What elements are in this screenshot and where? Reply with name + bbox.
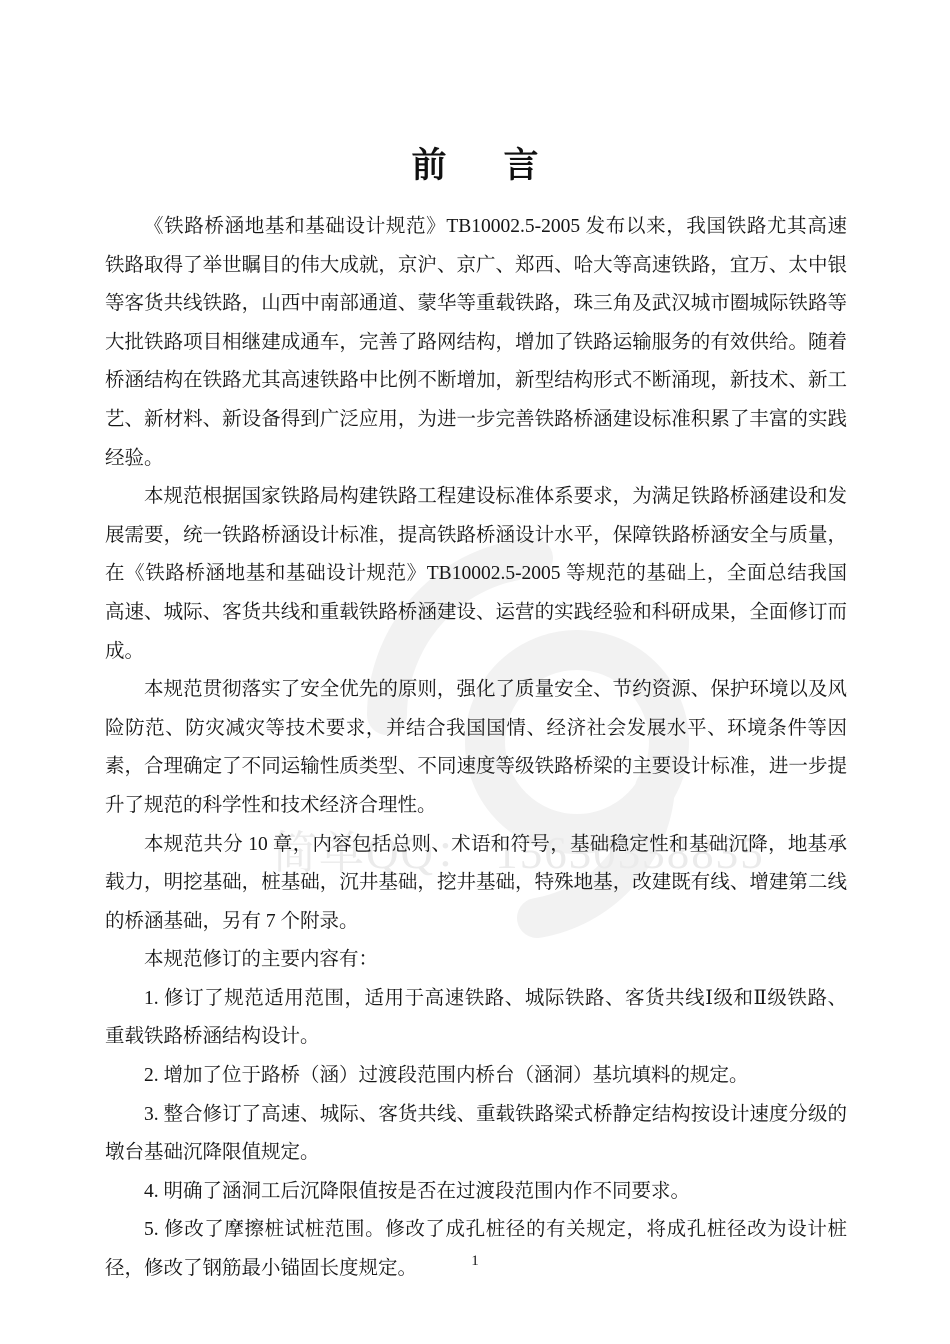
page-title-char: 前 [411, 146, 446, 186]
paragraph: 本规范修订的主要内容有： [105, 941, 847, 980]
list-item: 3. 整合修订了高速、城际、客货共线、重载铁路梁式桥静定结构按设计速度分级的墩台… [105, 1096, 847, 1173]
list-item: 4. 明确了涵洞工后沉降限值按是否在过渡段范围内作不同要求。 [105, 1173, 847, 1212]
paragraph: 本规范共分 10 章，内容包括总则、术语和符号，基础稳定性和基础沉降，地基承载力… [105, 826, 847, 942]
paragraph: 本规范贯彻落实了安全优先的原则，强化了质量安全、节约资源、保护环境以及风险防范、… [105, 671, 847, 825]
paragraph: 本规范根据国家铁路局构建铁路工程建设标准体系要求，为满足铁路桥涵建设和发展需要，… [105, 478, 847, 671]
page-title-char: 言 [504, 146, 539, 186]
paragraph: 《铁路桥涵地基和基础设计规范》TB10002.5-2005 发布以来，我国铁路尤… [105, 208, 847, 478]
page-number: 1 [0, 1253, 950, 1270]
list-item: 2. 增加了位于路桥（涵）过渡段范围内桥台（涵洞）基坑填料的规定。 [105, 1057, 847, 1096]
page-title: 前 言 [0, 146, 950, 186]
document-body: 《铁路桥涵地基和基础设计规范》TB10002.5-2005 发布以来，我国铁路尤… [105, 208, 847, 1289]
list-item: 5. 修改了摩擦桩试桩范围。修改了成孔桩径的有关规定，将成孔桩径改为设计桩径，修… [105, 1211, 847, 1288]
list-item: 1. 修订了规范适用范围，适用于高速铁路、城际铁路、客货共线Ⅰ级和Ⅱ级铁路、重载… [105, 980, 847, 1057]
document-page: 简单QQ： 15630338835 前 言 《铁路桥涵地基和基础设计规范》TB1… [0, 0, 950, 1344]
